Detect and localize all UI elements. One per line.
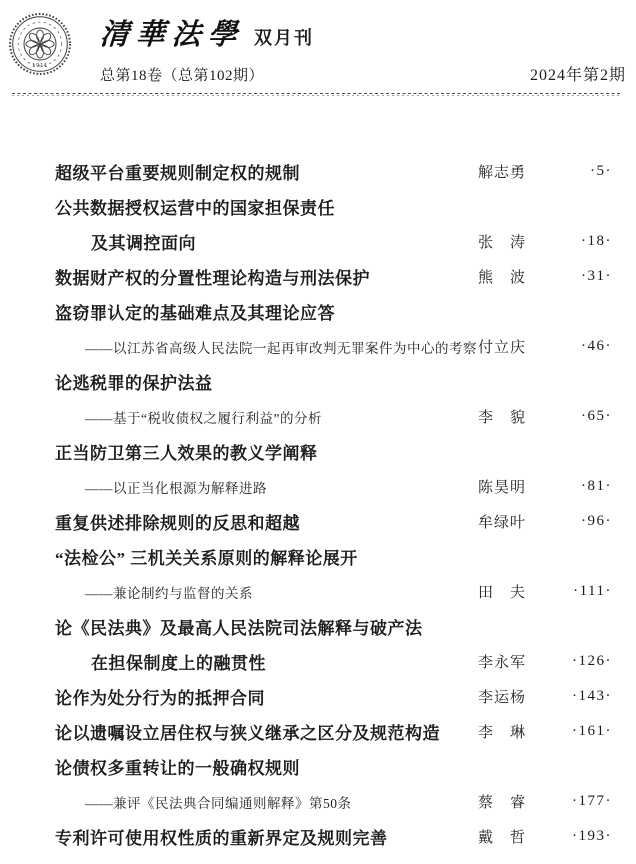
toc-entry: 正当防卫第三人效果的教义学阐释 <box>55 434 612 469</box>
entry-subtitle: ——兼论制约与监督的关系 <box>55 582 478 602</box>
entry-author: 付立庆 <box>478 336 554 357</box>
entry-title-line2: 及其调控面向 <box>55 229 478 254</box>
toc-entry: 论债权多重转让的一般确权规则 <box>55 749 612 784</box>
entry-title-line2: 在担保制度上的融贯性 <box>55 649 478 674</box>
entry-author: 田 夫 <box>478 581 554 602</box>
toc-entry: 专利许可使用权性质的重新界定及规则完善 戴 哲 ·193· <box>55 819 612 854</box>
journal-toc-page: ★ 1911 清華法學 双月刊 总第18卷（总第102期） 2024年第2期 超… <box>0 0 636 864</box>
entry-author: 牟绿叶 <box>478 511 554 532</box>
toc-entry: 重复供述排除规则的反思和超越 牟绿叶 ·96· <box>55 504 612 539</box>
seal-star-glyph: ★ <box>35 39 45 51</box>
entry-title: 正当防卫第三人效果的教义学阐释 <box>55 439 612 464</box>
entry-page: ·143· <box>554 688 612 705</box>
entry-page: ·46· <box>554 338 612 355</box>
toc-entry: 论《民法典》及最高人民法院司法解释与破产法 <box>55 609 612 644</box>
journal-header: ★ 1911 清華法學 双月刊 总第18卷（总第102期） 2024年第2期 <box>0 0 636 96</box>
seal-year: 1911 <box>32 63 48 69</box>
entry-page: ·96· <box>554 513 612 530</box>
toc-entry-continuation: ——兼评《民法典合同编通则解释》第50条 蔡 睿 ·177· <box>55 784 612 819</box>
entry-author: 戴 哲 <box>478 826 554 847</box>
table-of-contents: 超级平台重要规则制定权的规制 解志勇 ·5· 公共数据授权运营中的国家担保责任 … <box>0 154 636 854</box>
masthead-title: 清華法學 <box>99 12 246 53</box>
entry-page: ·177· <box>554 793 612 810</box>
entry-author: 李 琳 <box>478 721 554 742</box>
entry-title: 重复供述排除规则的反思和超越 <box>55 509 478 534</box>
entry-subtitle: ——以江苏省高级人民法院一起再审改判无罪案件为中心的考察 <box>55 337 478 357</box>
entry-title: 论《民法典》及最高人民法院司法解释与破产法 <box>55 614 612 639</box>
issue-info: 2024年第2期 <box>530 62 626 85</box>
toc-entry: 论作为处分行为的抵押合同 李运杨 ·143· <box>55 679 612 714</box>
toc-entry: “法检公” 三机关关系原则的解释论展开 <box>55 539 612 574</box>
entry-title: 公共数据授权运营中的国家担保责任 <box>55 194 612 219</box>
entry-author: 熊 波 <box>478 266 554 287</box>
entry-page: ·81· <box>554 478 612 495</box>
entry-author: 张 涛 <box>478 231 554 252</box>
entry-page: ·65· <box>554 408 612 425</box>
entry-author: 陈昊明 <box>478 476 554 497</box>
entry-subtitle: ——兼评《民法典合同编通则解释》第50条 <box>55 792 478 812</box>
toc-entry-continuation: ——以江苏省高级人民法院一起再审改判无罪案件为中心的考察 付立庆 ·46· <box>55 329 612 364</box>
toc-entry: 数据财产权的分置性理论构造与刑法保护 熊 波 ·31· <box>55 259 612 294</box>
toc-entry: 论逃税罪的保护法益 <box>55 364 612 399</box>
entry-page: ·111· <box>554 583 612 600</box>
entry-title: 专利许可使用权性质的重新界定及规则完善 <box>55 824 478 849</box>
entry-subtitle: ——以正当化根源为解释进路 <box>55 477 478 497</box>
toc-entry-continuation: ——以正当化根源为解释进路 陈昊明 ·81· <box>55 469 612 504</box>
entry-page: ·161· <box>554 723 612 740</box>
entry-title: 论逃税罪的保护法益 <box>55 369 612 394</box>
toc-entry: 盗窃罪认定的基础难点及其理论应答 <box>55 294 612 329</box>
entry-page: ·193· <box>554 828 612 845</box>
toc-entry-continuation: 在担保制度上的融贯性 李永军 ·126· <box>55 644 612 679</box>
entry-page: ·5· <box>554 163 612 180</box>
volume-info: 总第18卷（总第102期） <box>100 64 264 85</box>
entry-title: “法检公” 三机关关系原则的解释论展开 <box>55 544 612 569</box>
entry-title: 数据财产权的分置性理论构造与刑法保护 <box>55 264 478 289</box>
entry-author: 李 貌 <box>478 406 554 427</box>
header-divider <box>12 93 622 96</box>
entry-author: 李运杨 <box>478 686 554 707</box>
entry-title: 论作为处分行为的抵押合同 <box>55 684 478 709</box>
entry-page: ·18· <box>554 233 612 250</box>
entry-title: 超级平台重要规则制定权的规制 <box>55 159 478 184</box>
entry-title: 论债权多重转让的一般确权规则 <box>55 754 612 779</box>
entry-subtitle: ——基于“税收债权之履行利益”的分析 <box>55 407 478 427</box>
tsinghua-seal-icon: ★ 1911 <box>8 12 72 76</box>
toc-entry-continuation: ——基于“税收债权之履行利益”的分析 李 貌 ·65· <box>55 399 612 434</box>
toc-entry: 公共数据授权运营中的国家担保责任 <box>55 189 612 224</box>
toc-entry-continuation: 及其调控面向 张 涛 ·18· <box>55 224 612 259</box>
masthead-subtitle: 双月刊 <box>254 24 314 50</box>
toc-entry-continuation: ——兼论制约与监督的关系 田 夫 ·111· <box>55 574 612 609</box>
entry-title: 论以遗嘱设立居住权与狭义继承之区分及规范构造 <box>55 719 478 744</box>
entry-page: ·31· <box>554 268 612 285</box>
entry-author: 蔡 睿 <box>478 791 554 812</box>
entry-title: 盗窃罪认定的基础难点及其理论应答 <box>55 299 612 324</box>
entry-author: 李永军 <box>478 651 554 672</box>
entry-author: 解志勇 <box>478 161 554 182</box>
toc-entry: 超级平台重要规则制定权的规制 解志勇 ·5· <box>55 154 612 189</box>
toc-entry: 论以遗嘱设立居住权与狭义继承之区分及规范构造 李 琳 ·161· <box>55 714 612 749</box>
entry-page: ·126· <box>554 653 612 670</box>
